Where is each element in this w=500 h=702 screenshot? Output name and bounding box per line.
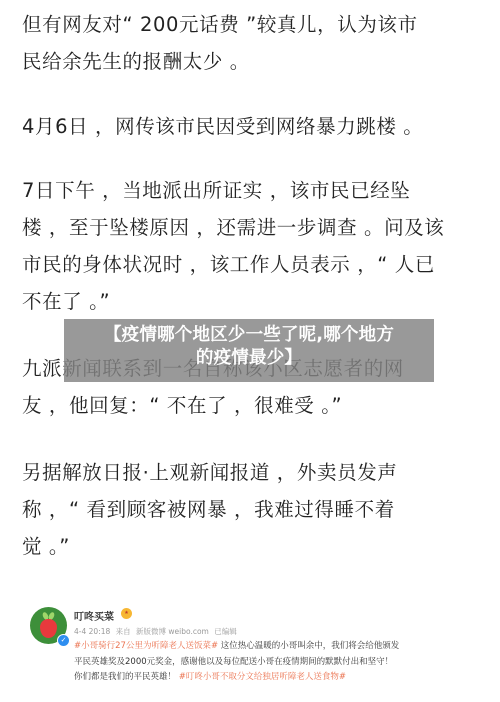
verified-check-icon: ✓ (57, 634, 70, 647)
text-line: 4月6日 ，网传该市民因受到网络暴力跳楼 。 (22, 108, 423, 145)
text-line: 另据解放日报·上观新闻报道 ，外卖员发声 (22, 454, 397, 491)
vip-badge-icon: ★ (121, 608, 132, 619)
post-text: 你们都是我们的平民英雄！ (74, 672, 176, 682)
text-line: 7日下午 ，当地派出所证实 ，该市民已经坠 (22, 172, 444, 209)
text-line: 觉 。” (22, 528, 397, 565)
post-line: 你们都是我们的平民英雄！ #叮咚小哥不取分文给独居听障老人送食物# (74, 670, 474, 686)
text-line: 民给余先生的报酬太少 。 (22, 43, 418, 80)
text-line: 但有网友对“ 200元话费 ”较真儿，认为该市 (22, 6, 418, 43)
text-line: 友 ，他回复：“ 不在了 ，很难受 。” (22, 387, 404, 424)
text-line: 市民的身体状况时 ，该工作人员表示 ，“ 人已 (22, 246, 444, 283)
paragraph-courier-statement: 另据解放日报·上观新闻报道 ，外卖员发声 称 ，“ 看到顾客被网暴 ，我难过得睡… (22, 454, 397, 565)
radish-logo-icon (40, 619, 57, 638)
hashtag-link[interactable]: #小哥骑行27公里为听障老人送饭菜# (74, 641, 218, 651)
hashtag-link[interactable]: #叮咚小哥不取分文给独居听障老人送食物# (176, 672, 346, 682)
text-line: 不在了 。” (22, 283, 444, 320)
post-text: 这位热心温暖的小哥叫余中，我们将会给他颁发 (218, 641, 399, 651)
source-prefix: 来自 (116, 627, 131, 636)
post-line: 平民英雄奖及2000元奖金，感谢他以及每位配送小哥在疫情期间的默默付出和坚守！ (74, 655, 474, 671)
overlay-title-line: 【疫情哪个地区少一些了呢,哪个地方 (64, 324, 434, 347)
paragraph-netizen-reward: 但有网友对“ 200元话费 ”较真儿，认为该市 民给余先生的报酬太少 。 (22, 6, 418, 80)
edited-label[interactable]: 已编辑 (214, 627, 237, 636)
paragraph-police-confirm: 7日下午 ，当地派出所证实 ，该市民已经坠 楼 ，至于坠楼原因 ，还需进一步调查… (22, 172, 444, 320)
title-overlay-banner: 【疫情哪个地区少一些了呢,哪个地方 的疫情最少】 (64, 319, 434, 382)
overlay-title-line: 的疫情最少】 (64, 347, 434, 370)
post-meta: 4-4 20:18 来自 新版微博 weibo.com 已编辑 (74, 626, 240, 637)
post-time[interactable]: 4-4 20:18 (74, 627, 110, 636)
user-name-link[interactable]: 叮咚买菜 (74, 608, 114, 623)
paragraph-april-6: 4月6日 ，网传该市民因受到网络暴力跳楼 。 (22, 108, 423, 145)
weibo-post-card: ✓ 叮咚买菜 ★ 4-4 20:18 来自 新版微博 weibo.com 已编辑… (30, 605, 470, 700)
post-source: 新版微博 weibo.com (136, 627, 209, 636)
post-body: #小哥骑行27公里为听障老人送饭菜# 这位热心温暖的小哥叫余中，我们将会给他颁发… (74, 639, 474, 686)
text-line: 称 ，“ 看到顾客被网暴 ，我难过得睡不着 (22, 491, 397, 528)
post-line: #小哥骑行27公里为听障老人送饭菜# 这位热心温暖的小哥叫余中，我们将会给他颁发 (74, 639, 474, 655)
text-line: 楼 ，至于坠楼原因 ，还需进一步调查 。问及该 (22, 209, 444, 246)
